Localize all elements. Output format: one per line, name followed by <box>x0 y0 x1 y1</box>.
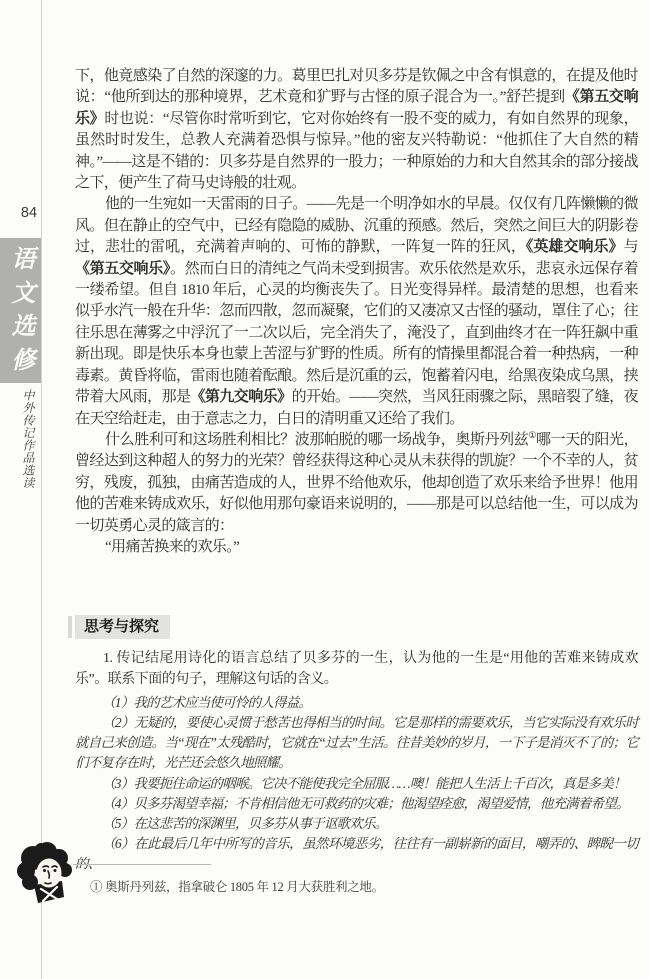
body-paragraph: 什么胜利可和这场胜利相比？波那帕脱的哪一场战争，奥斯丹列兹①哪一天的阳光，曾经达… <box>75 430 638 537</box>
page-number: 84 <box>17 205 41 221</box>
main-text-column: 下，他竟感染了自然的深邃的力。葛里巴扎对贝多芬是钦佩之中含有惧意的，在提及他时说… <box>75 66 638 558</box>
footnote-divider <box>73 864 211 865</box>
body-paragraph: “用痛苦换来的欢乐。” <box>75 537 638 558</box>
section-header-row: 思考与探究 <box>75 615 638 639</box>
text-run: 与 <box>624 239 638 255</box>
series-title-char: 语 <box>12 248 36 272</box>
beethoven-portrait-icon <box>14 841 78 909</box>
text-run: “用痛苦换来的欢乐。” <box>105 539 239 555</box>
text-run: 时也说：“尽管你时常听到它，它对你始终有一股不变的威力，有如自然界的现象，虽然时… <box>75 111 638 191</box>
question-subitems: （1）我的艺术应当使可怜的人得益。（2）无疑的，要使心灵惯于愁苦也得相当的时间。… <box>75 693 638 875</box>
work-title: 《第九交响乐》 <box>191 389 292 405</box>
question-subitem: （2）无疑的，要使心灵惯于愁苦也得相当的时间。它是那样的需要欢乐，当它实际没有欢… <box>75 713 638 774</box>
question-subitem: （3）我要扼住命运的咽喉。它决不能使我完全屈服……噢！能把人生活上千百次，真是多… <box>75 774 638 794</box>
question-subitem: （5）在这悲苦的深渊里，贝多芬从事于讴歌欢乐。 <box>75 814 638 834</box>
series-title-block: 语文选修 <box>0 238 41 383</box>
header-accent-strip <box>68 616 72 638</box>
series-subtitle: 中外传记作品选读 <box>20 389 37 499</box>
body-paragraph: 他的一生宛如一天雷雨的日子。——先是一个明净如水的早晨。仅仅有几阵懒懒的微风。但… <box>75 194 638 429</box>
body-paragraph: 下，他竟感染了自然的深邃的力。葛里巴扎对贝多芬是钦佩之中含有惧意的，在提及他时说… <box>75 66 638 194</box>
series-title-char: 修 <box>12 349 36 373</box>
work-title: 《英雄交响乐》 <box>526 239 624 255</box>
footnote: ① 奥斯丹列兹，指拿破仑 1805 年 12 月大获胜利之地。 <box>90 877 630 895</box>
question-subitem: （4）贝多芬渴望幸福；不肯相信他无可救药的灾难；他渴望痊愈，渴望爱情，他充满着希… <box>75 794 638 814</box>
work-title: 《第五交响乐》 <box>75 261 170 277</box>
question-subitem: （1）我的艺术应当使可怜的人得益。 <box>75 693 638 713</box>
section-header: 思考与探究 <box>75 615 170 639</box>
textbook-page: 84 语文选修 中外传记作品选读 下，他竟感染了自然的深邃的力。葛里巴扎对贝多芬… <box>0 0 650 979</box>
series-title-char: 选 <box>12 315 36 339</box>
text-run: 什么胜利可和这场胜利相比？波那帕脱的哪一场战争，奥斯丹列兹 <box>105 432 528 448</box>
explore-section: 思考与探究 1. 传记结尾用诗化的语言总结了贝多芬的一生，认为他的一生是“用他的… <box>75 615 638 875</box>
question-1: 1. 传记结尾用诗化的语言总结了贝多芬的一生，认为他的一生是“用他的苦难来铸成欢… <box>75 648 638 691</box>
series-title-char: 文 <box>12 282 36 306</box>
text-run: 下，他竟感染了自然的深邃的力。葛里巴扎对贝多芬是钦佩之中含有惧意的，在提及他时说… <box>75 68 638 105</box>
footnote-marker: ① <box>528 430 536 440</box>
question-subitem: （6）在此最后几年中所写的音乐，虽然环境恶劣，往往有一副崭新的面目，嘲弄的、睥睨… <box>75 834 638 874</box>
text-run: 。然而白日的清纯之气尚未受到损害。欢乐依然是欢乐，悲哀永远保存着一缕希望。但自 … <box>75 261 638 405</box>
margin-rule <box>41 0 42 979</box>
